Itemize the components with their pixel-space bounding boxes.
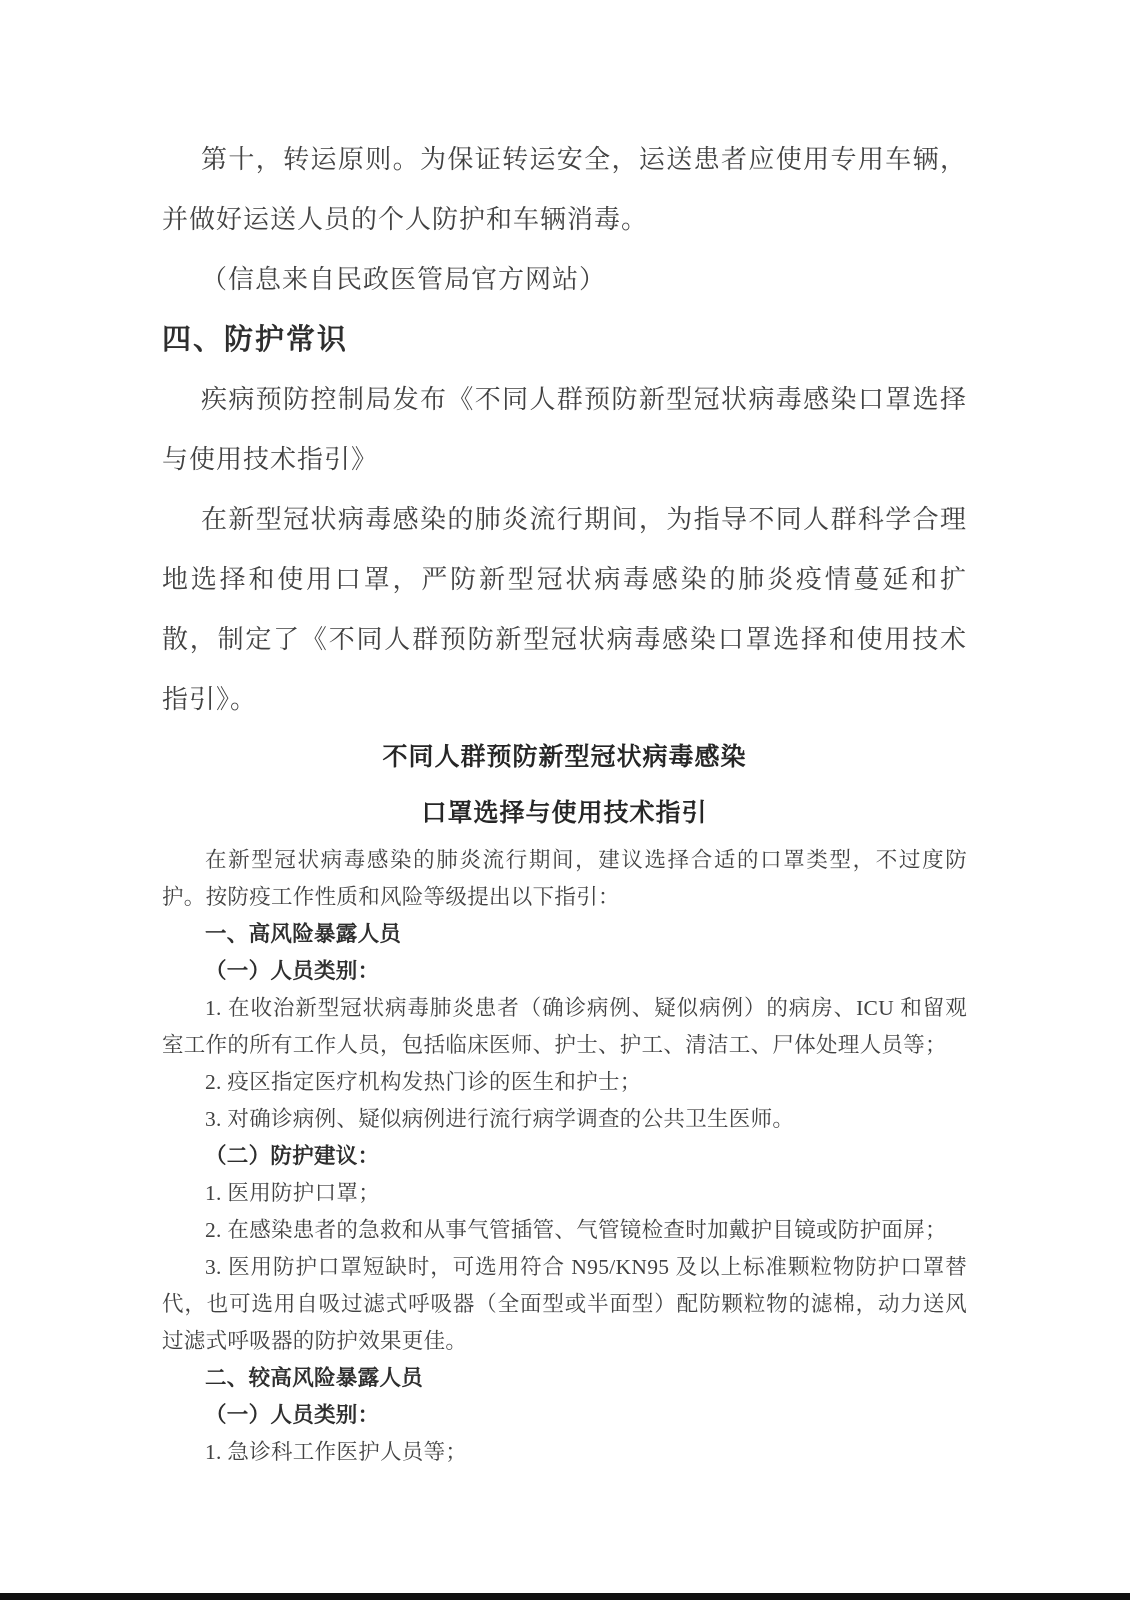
heading-personnel-category-1: （一）人员类别：: [162, 953, 967, 990]
doc-title-line2: 口罩选择与使用技术指引: [162, 786, 967, 842]
doc-title-line1: 不同人群预防新型冠状病毒感染: [162, 730, 967, 786]
list-item-high-risk-2: 2. 疫区指定医疗机构发热门诊的医生和护士；: [162, 1064, 967, 1101]
document-content: 第十，转运原则。为保证转运安全，运送患者应使用专用车辆，并做好运送人员的个人防护…: [0, 0, 1130, 1471]
document-page: 第十，转运原则。为保证转运安全，运送患者应使用专用车辆，并做好运送人员的个人防护…: [0, 0, 1130, 1600]
paragraph-guideline-purpose: 在新型冠状病毒感染的肺炎流行期间，为指导不同人群科学合理地选择和使用口罩，严防新…: [162, 490, 967, 730]
section-heading-protection-knowledge: 四、防护常识: [162, 310, 967, 370]
list-item-advice-3: 3. 医用防护口罩短缺时，可选用符合 N95/KN95 及以上标准颗粒物防护口罩…: [162, 1249, 967, 1360]
heading-high-risk-personnel: 一、高风险暴露人员: [162, 916, 967, 953]
scan-artifact-bottom-bar: [0, 1593, 1130, 1600]
list-item-higher-risk-1: 1. 急诊科工作医护人员等；: [162, 1434, 967, 1471]
list-item-advice-1: 1. 医用防护口罩；: [162, 1175, 967, 1212]
heading-personnel-category-2: （一）人员类别：: [162, 1397, 967, 1434]
paragraph-cdc-announcement: 疾病预防控制局发布《不同人群预防新型冠状病毒感染口罩选择与使用技术指引》: [162, 370, 967, 490]
list-item-high-risk-3: 3. 对确诊病例、疑似病例进行流行病学调查的公共卫生医师。: [162, 1101, 967, 1138]
heading-protection-advice-1: （二）防护建议：: [162, 1138, 967, 1175]
paragraph-transfer-principle: 第十，转运原则。为保证转运安全，运送患者应使用专用车辆，并做好运送人员的个人防护…: [162, 130, 967, 250]
paragraph-source-note: （信息来自民政医管局官方网站）: [162, 250, 967, 310]
heading-higher-risk-personnel: 二、较高风险暴露人员: [162, 1360, 967, 1397]
list-item-high-risk-1: 1. 在收治新型冠状病毒肺炎患者（确诊病例、疑似病例）的病房、ICU 和留观室工…: [162, 990, 967, 1064]
list-item-advice-2: 2. 在感染患者的急救和从事气管插管、气管镜检查时加戴护目镜或防护面屏；: [162, 1212, 967, 1249]
section-mask-guideline: 在新型冠状病毒感染的肺炎流行期间，建议选择合适的口罩类型，不过度防护。按防疫工作…: [162, 842, 967, 1471]
doc-title-block: 不同人群预防新型冠状病毒感染 口罩选择与使用技术指引: [162, 730, 967, 842]
section-upper-text: 第十，转运原则。为保证转运安全，运送患者应使用专用车辆，并做好运送人员的个人防护…: [162, 130, 967, 730]
paragraph-guideline-intro: 在新型冠状病毒感染的肺炎流行期间，建议选择合适的口罩类型，不过度防护。按防疫工作…: [162, 842, 967, 916]
